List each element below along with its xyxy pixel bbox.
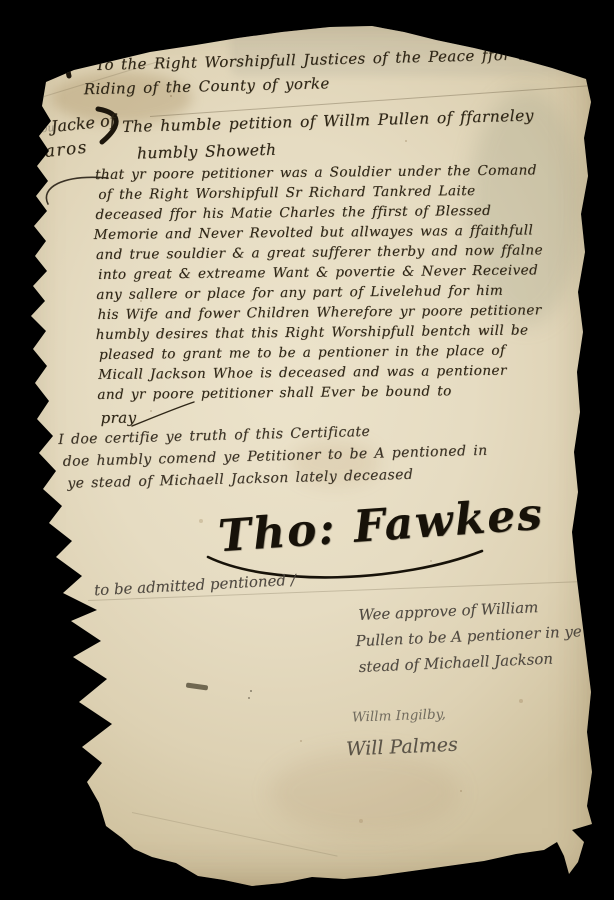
- approval-line: stead of Michaell Jackson: [358, 650, 553, 676]
- body-line: Memorie and Never Revolted but allwayes …: [94, 222, 534, 243]
- margin-note-flourish: [32, 172, 116, 212]
- certification-line: I doe certifie ye truth of this Certific…: [58, 424, 370, 448]
- margin-note-line1: Jacke of: [50, 111, 116, 137]
- paper-stain-bottom: [270, 750, 460, 835]
- body-line: Micall Jackson Whoe is deceased and was …: [98, 363, 507, 383]
- approval-line: Pullen to be A pentioner in ye: [355, 622, 582, 650]
- fold-crease-middle: [88, 581, 590, 601]
- body-line: and true souldier & a great sufferer the…: [96, 242, 543, 263]
- signature-swash: [200, 545, 490, 589]
- body-line: of the Right Worshipfull Sr Richard Tank…: [98, 183, 475, 203]
- body-line: pray: [101, 409, 137, 427]
- body-line: pleased to grant me to be a pentioner in…: [99, 343, 506, 363]
- ink-flourish-petition: [92, 104, 128, 146]
- ink-smudge-mark: [186, 682, 208, 690]
- paper-speckles: [0, 0, 2, 2]
- margin-note-faint-text: Nou: [31, 121, 56, 136]
- justice-signature-2: Will Palmes: [346, 734, 459, 761]
- justice-signature-1: Willm Ingilby,: [352, 706, 446, 725]
- certifier-signature: Tho: Fawkes: [217, 489, 546, 563]
- body-line: into great & extreame Want & povertie & …: [98, 262, 538, 283]
- paper-stain-top-left: [52, 72, 192, 124]
- paper-stain-center: [290, 440, 380, 486]
- fold-crease-top: [150, 85, 594, 117]
- photograph-black-background: To the Right Worshipfull Justices of the…: [0, 0, 614, 900]
- paper-stain-right-streak: [468, 90, 583, 325]
- certification-line: ye stead of Michaell Jackson lately dece…: [67, 467, 413, 492]
- margin-note-line2: Daros: [29, 138, 89, 164]
- body-line: and yr poore petitioner shall Ever be bo…: [97, 383, 451, 403]
- body-line: any sallere or place for any part of Liv…: [96, 283, 503, 303]
- pray-flourish: [128, 400, 198, 430]
- fold-crease-bottom: [132, 812, 338, 857]
- ink-flourish-address: [60, 46, 102, 82]
- admission-note: to be admitted pentioned /: [94, 571, 297, 600]
- body-line: deceased ffor his Matie Charles the ffir…: [95, 203, 491, 223]
- petition-title-line: humbly Showeth: [137, 141, 277, 163]
- petition-title-line: The humble petition of Willm Pullen of f…: [122, 107, 534, 136]
- body-line: his Wife and fower Children Wherefore yr…: [97, 302, 541, 323]
- fold-crease-top-left: [44, 58, 169, 97]
- manuscript-paper: To the Right Worshipfull Justices of the…: [0, 0, 614, 900]
- approval-line: Wee approve of William: [358, 598, 539, 624]
- paper-stain-top-flap: [230, 24, 590, 76]
- address-line: Riding of the County of yorke: [84, 74, 330, 98]
- body-line: humbly desires that this Right Worshipfu…: [96, 322, 529, 343]
- address-line: To the Right Worshipfull Justices of the…: [95, 44, 589, 74]
- certification-line: doe humbly comend ye Petitioner to be A …: [63, 443, 488, 470]
- body-line: that yr poore petitioner was a Souldier …: [95, 162, 537, 183]
